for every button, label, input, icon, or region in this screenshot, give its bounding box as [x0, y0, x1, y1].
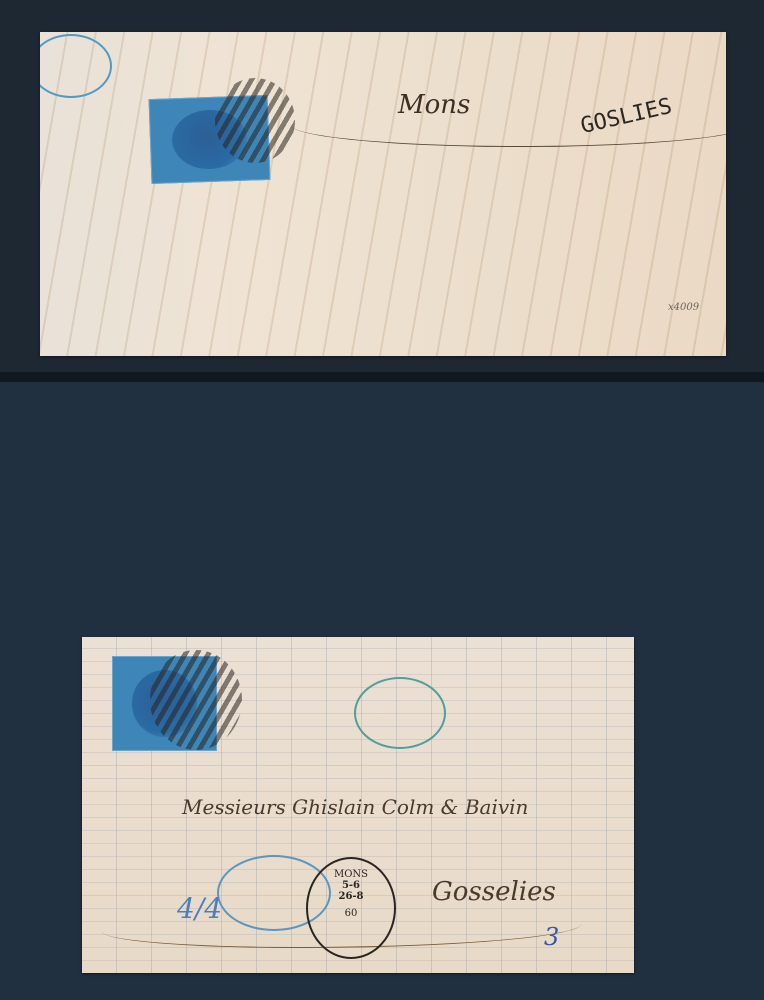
cover-top: Mons GOSLIES x4009: [40, 32, 726, 356]
cancel-bottom: [150, 650, 242, 750]
cancel-top: [215, 78, 295, 163]
album-divider: [0, 372, 764, 382]
address-city: Gosselies: [432, 877, 556, 907]
address-line1: Messieurs Ghislain Colm & Baivin: [182, 795, 528, 819]
green-oval-mark: [354, 677, 446, 749]
date-stamp: MONS 5-6 26-8 60: [306, 857, 396, 959]
pencil-note: x4009: [668, 302, 699, 313]
